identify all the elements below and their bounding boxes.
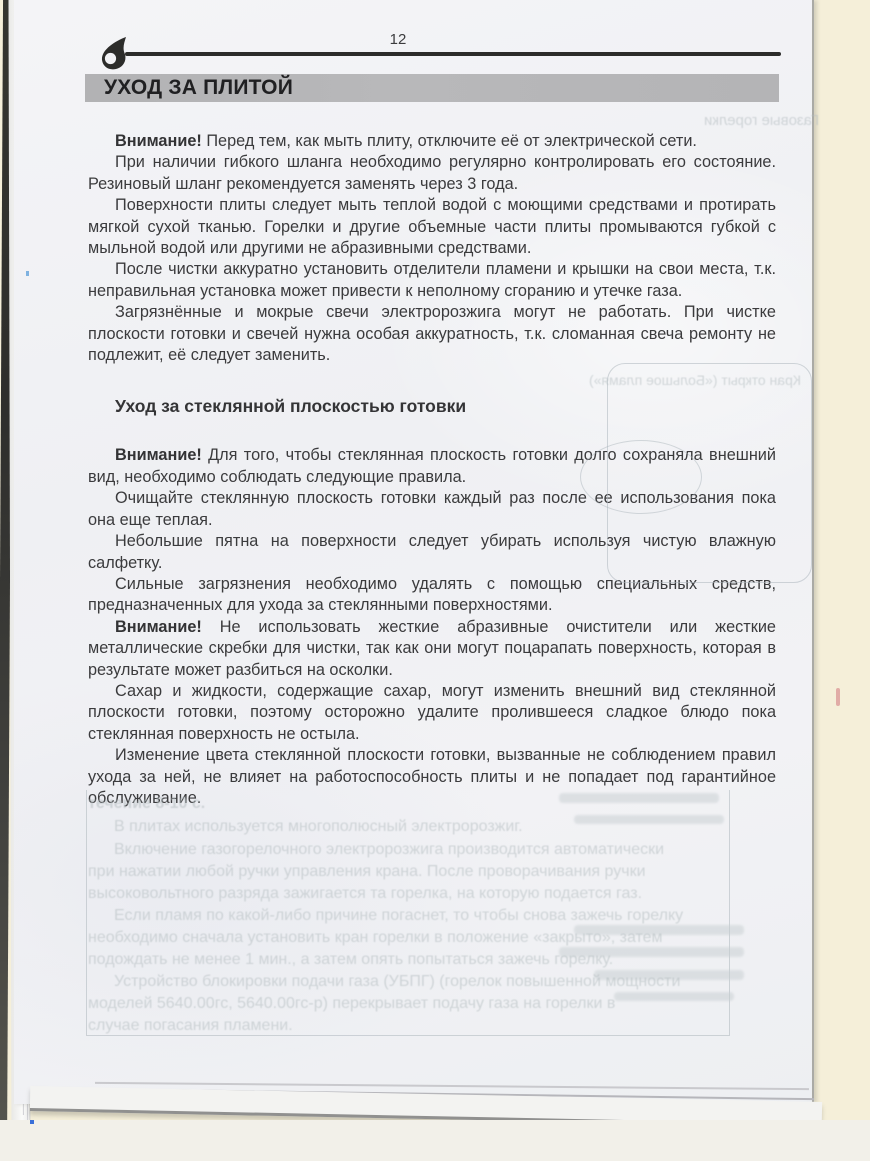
section-subheading: Уход за стеклянной плоскостью готовки	[88, 396, 776, 417]
attention-label: Внимание!	[115, 618, 202, 636]
gas-flame-icon	[100, 36, 128, 70]
paragraph: Внимание! Для того, чтобы стеклянная пло…	[88, 445, 776, 488]
bleed-through-text: при нажатии любой ручки управления крана…	[88, 863, 646, 881]
attention-label: Внимание!	[115, 132, 202, 150]
bleed-through-text: высоковольтного разряда зажигается та го…	[88, 885, 642, 903]
paragraph: Изменение цвета стеклянной плоскости гот…	[88, 745, 776, 809]
bleed-through-smudge	[614, 992, 734, 1001]
paragraph: Внимание! Не использовать жесткие абрази…	[88, 617, 776, 681]
bleed-through-text: В плитах используется многополюсный элек…	[114, 818, 523, 836]
bleed-through-text: подождать не менее 1 мин., а затем опять…	[88, 951, 613, 969]
paragraph: Загрязнённые и мокрые свечи электророзжи…	[88, 302, 776, 366]
bleed-through-smudge	[559, 947, 744, 957]
bleed-through-smudge	[594, 970, 744, 980]
section-title: УХОД ЗА ПЛИТОЙ	[104, 76, 293, 100]
section-banner: УХОД ЗА ПЛИТОЙ	[85, 74, 779, 102]
scan-artifact-speck	[30, 1120, 34, 1124]
paragraph: При наличии гибкого шланга необходимо ре…	[88, 152, 776, 195]
attention-label: Внимание!	[115, 446, 202, 464]
bleed-through-text: Устройство блокировки подачи газа (УБПГ)…	[114, 973, 680, 991]
scan-artifact-speck	[26, 271, 29, 276]
bleed-through-text: Газовые горелки	[704, 112, 819, 129]
manual-page: 12 УХОД ЗА ПЛИТОЙ Внимание! Перед тем, к…	[14, 0, 814, 1104]
bleed-through-text: Включение газогорелочного электророзжига…	[114, 841, 664, 859]
bleed-through-smudge	[574, 815, 724, 824]
paragraph: Внимание! Перед тем, как мыть плиту, отк…	[88, 131, 776, 152]
bleed-through-text: моделей 5640.00гс, 5640.00гс-р) перекрыв…	[88, 995, 615, 1013]
header-rule	[125, 52, 781, 56]
page-number: 12	[366, 31, 430, 48]
document-body: Внимание! Перед тем, как мыть плиту, отк…	[88, 131, 776, 809]
bleed-through-text: Если пламя по какой-либо причине погасне…	[114, 907, 683, 925]
paragraph: Сильные загрязнения необходимо удалять с…	[88, 574, 776, 617]
scanned-manual-page: 12 УХОД ЗА ПЛИТОЙ Внимание! Перед тем, к…	[0, 0, 870, 1161]
bleed-through-text: необходимо сначала установить кран горел…	[88, 929, 663, 947]
bleed-through-text: случае погасания пламени.	[88, 1017, 293, 1035]
scanner-background	[0, 1120, 870, 1161]
paragraph: Небольшие пятна на поверхности следует у…	[88, 531, 776, 574]
paragraph: Поверхности плиты следует мыть теплой во…	[88, 195, 776, 259]
paragraph: Сахар и жидкости, содержащие сахар, могу…	[88, 681, 776, 745]
bleed-through-smudge	[574, 925, 744, 935]
bleed-through-shape	[86, 790, 730, 1036]
paragraph: После чистки аккуратно установить отдели…	[88, 259, 776, 302]
scan-artifact-mark	[836, 688, 840, 706]
paragraph: Очищайте стеклянную плоскость готовки ка…	[88, 488, 776, 531]
